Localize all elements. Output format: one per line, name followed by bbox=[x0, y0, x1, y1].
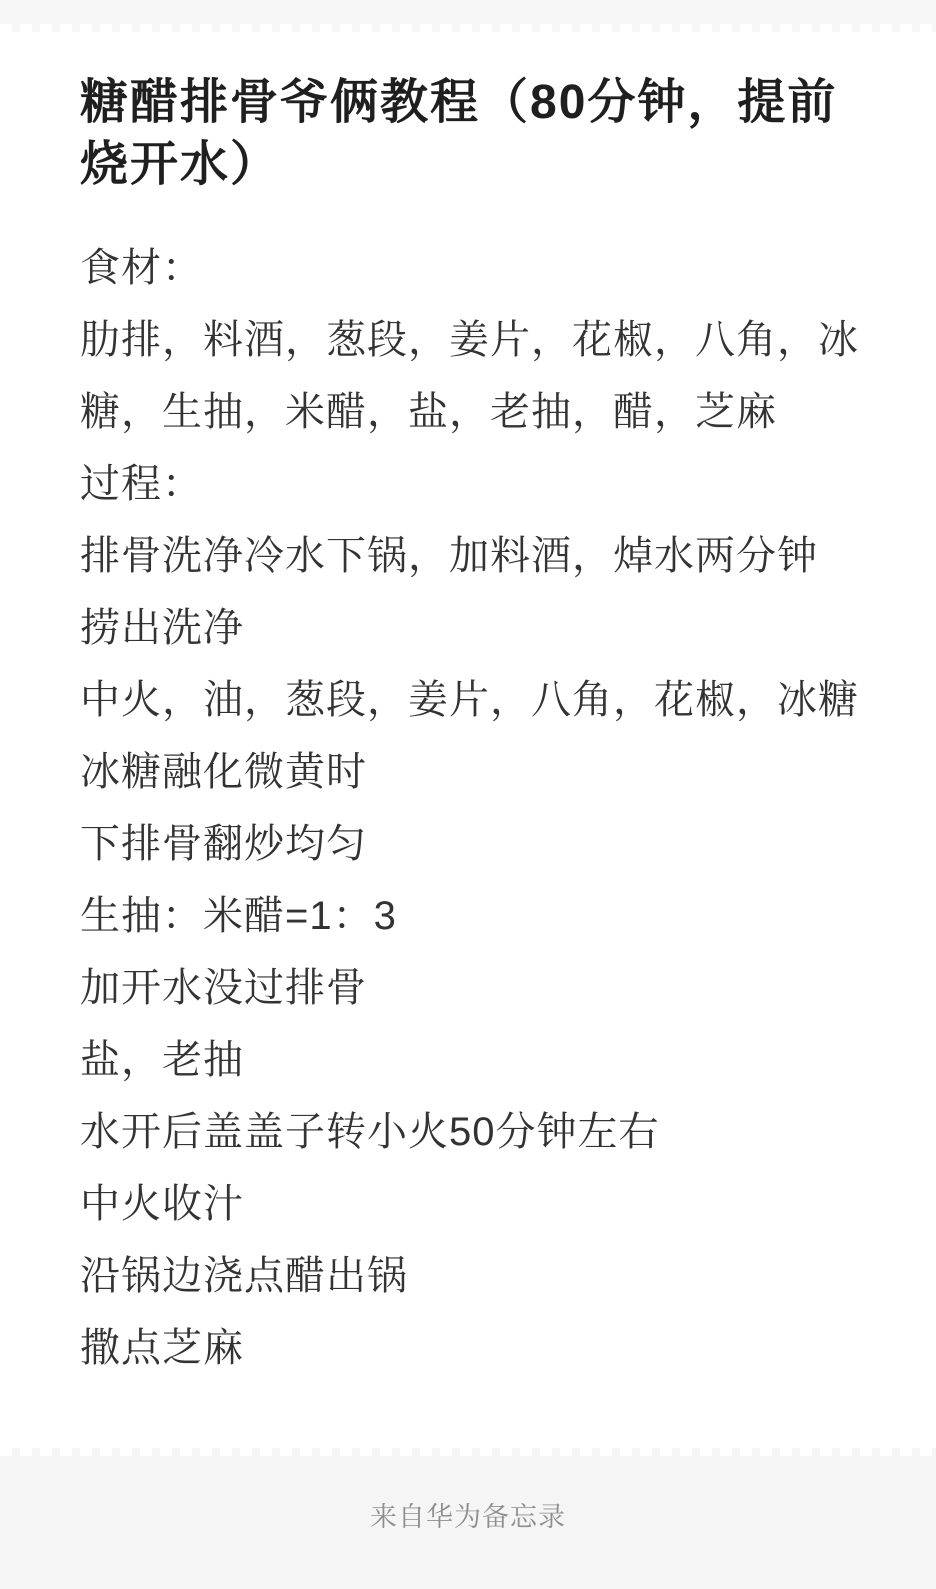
torn-edge-top bbox=[0, 24, 936, 32]
steps-heading: 过程： bbox=[80, 448, 856, 520]
ingredients-heading: 食材： bbox=[80, 232, 856, 304]
step-line-4: 冰糖融化微黄时 bbox=[80, 736, 856, 808]
note-body: 食材： 肋排，料酒，葱段，姜片，花椒，八角，冰 糖，生抽，米醋，盐，老抽，醋，芝… bbox=[80, 232, 856, 1384]
step-line-2: 捞出洗净 bbox=[80, 592, 856, 664]
note-share-screenshot: 糖醋排骨爷俩教程（80分钟，提前 烧开水） 食材： 肋排，料酒，葱段，姜片，花椒… bbox=[0, 0, 936, 1589]
step-line-12: 撒点芝麻 bbox=[80, 1312, 856, 1384]
step-line-11: 沿锅边浇点醋出锅 bbox=[80, 1240, 856, 1312]
step-line-1: 排骨洗净冷水下锅，加料酒，焯水两分钟 bbox=[80, 520, 856, 592]
ingredients-line-2: 糖，生抽，米醋，盐，老抽，醋，芝麻 bbox=[80, 376, 856, 448]
step-line-9: 水开后盖盖子转小火50分钟左右 bbox=[80, 1096, 856, 1168]
step-line-3: 中火，油，葱段，姜片，八角，花椒，冰糖 bbox=[80, 664, 856, 736]
note-content: 糖醋排骨爷俩教程（80分钟，提前 烧开水） 食材： 肋排，料酒，葱段，姜片，花椒… bbox=[80, 72, 856, 1384]
step-line-6: 生抽：米醋=1：3 bbox=[80, 880, 856, 952]
step-line-5: 下排骨翻炒均匀 bbox=[80, 808, 856, 880]
note-title: 糖醋排骨爷俩教程（80分钟，提前 烧开水） bbox=[80, 72, 856, 196]
step-line-8: 盐，老抽 bbox=[80, 1024, 856, 1096]
ingredients-line-1: 肋排，料酒，葱段，姜片，花椒，八角，冰 bbox=[80, 304, 856, 376]
torn-edge-bottom bbox=[0, 1448, 936, 1456]
note-title-line-2: 烧开水） bbox=[80, 134, 856, 196]
step-line-7: 加开水没过排骨 bbox=[80, 952, 856, 1024]
top-background-band bbox=[0, 0, 936, 24]
footer-area: 来自华为备忘录 bbox=[0, 1456, 936, 1589]
note-title-line-1: 糖醋排骨爷俩教程（80分钟，提前 bbox=[80, 72, 856, 134]
step-line-10: 中火收汁 bbox=[80, 1168, 856, 1240]
source-caption: 来自华为备忘录 bbox=[0, 1456, 936, 1532]
